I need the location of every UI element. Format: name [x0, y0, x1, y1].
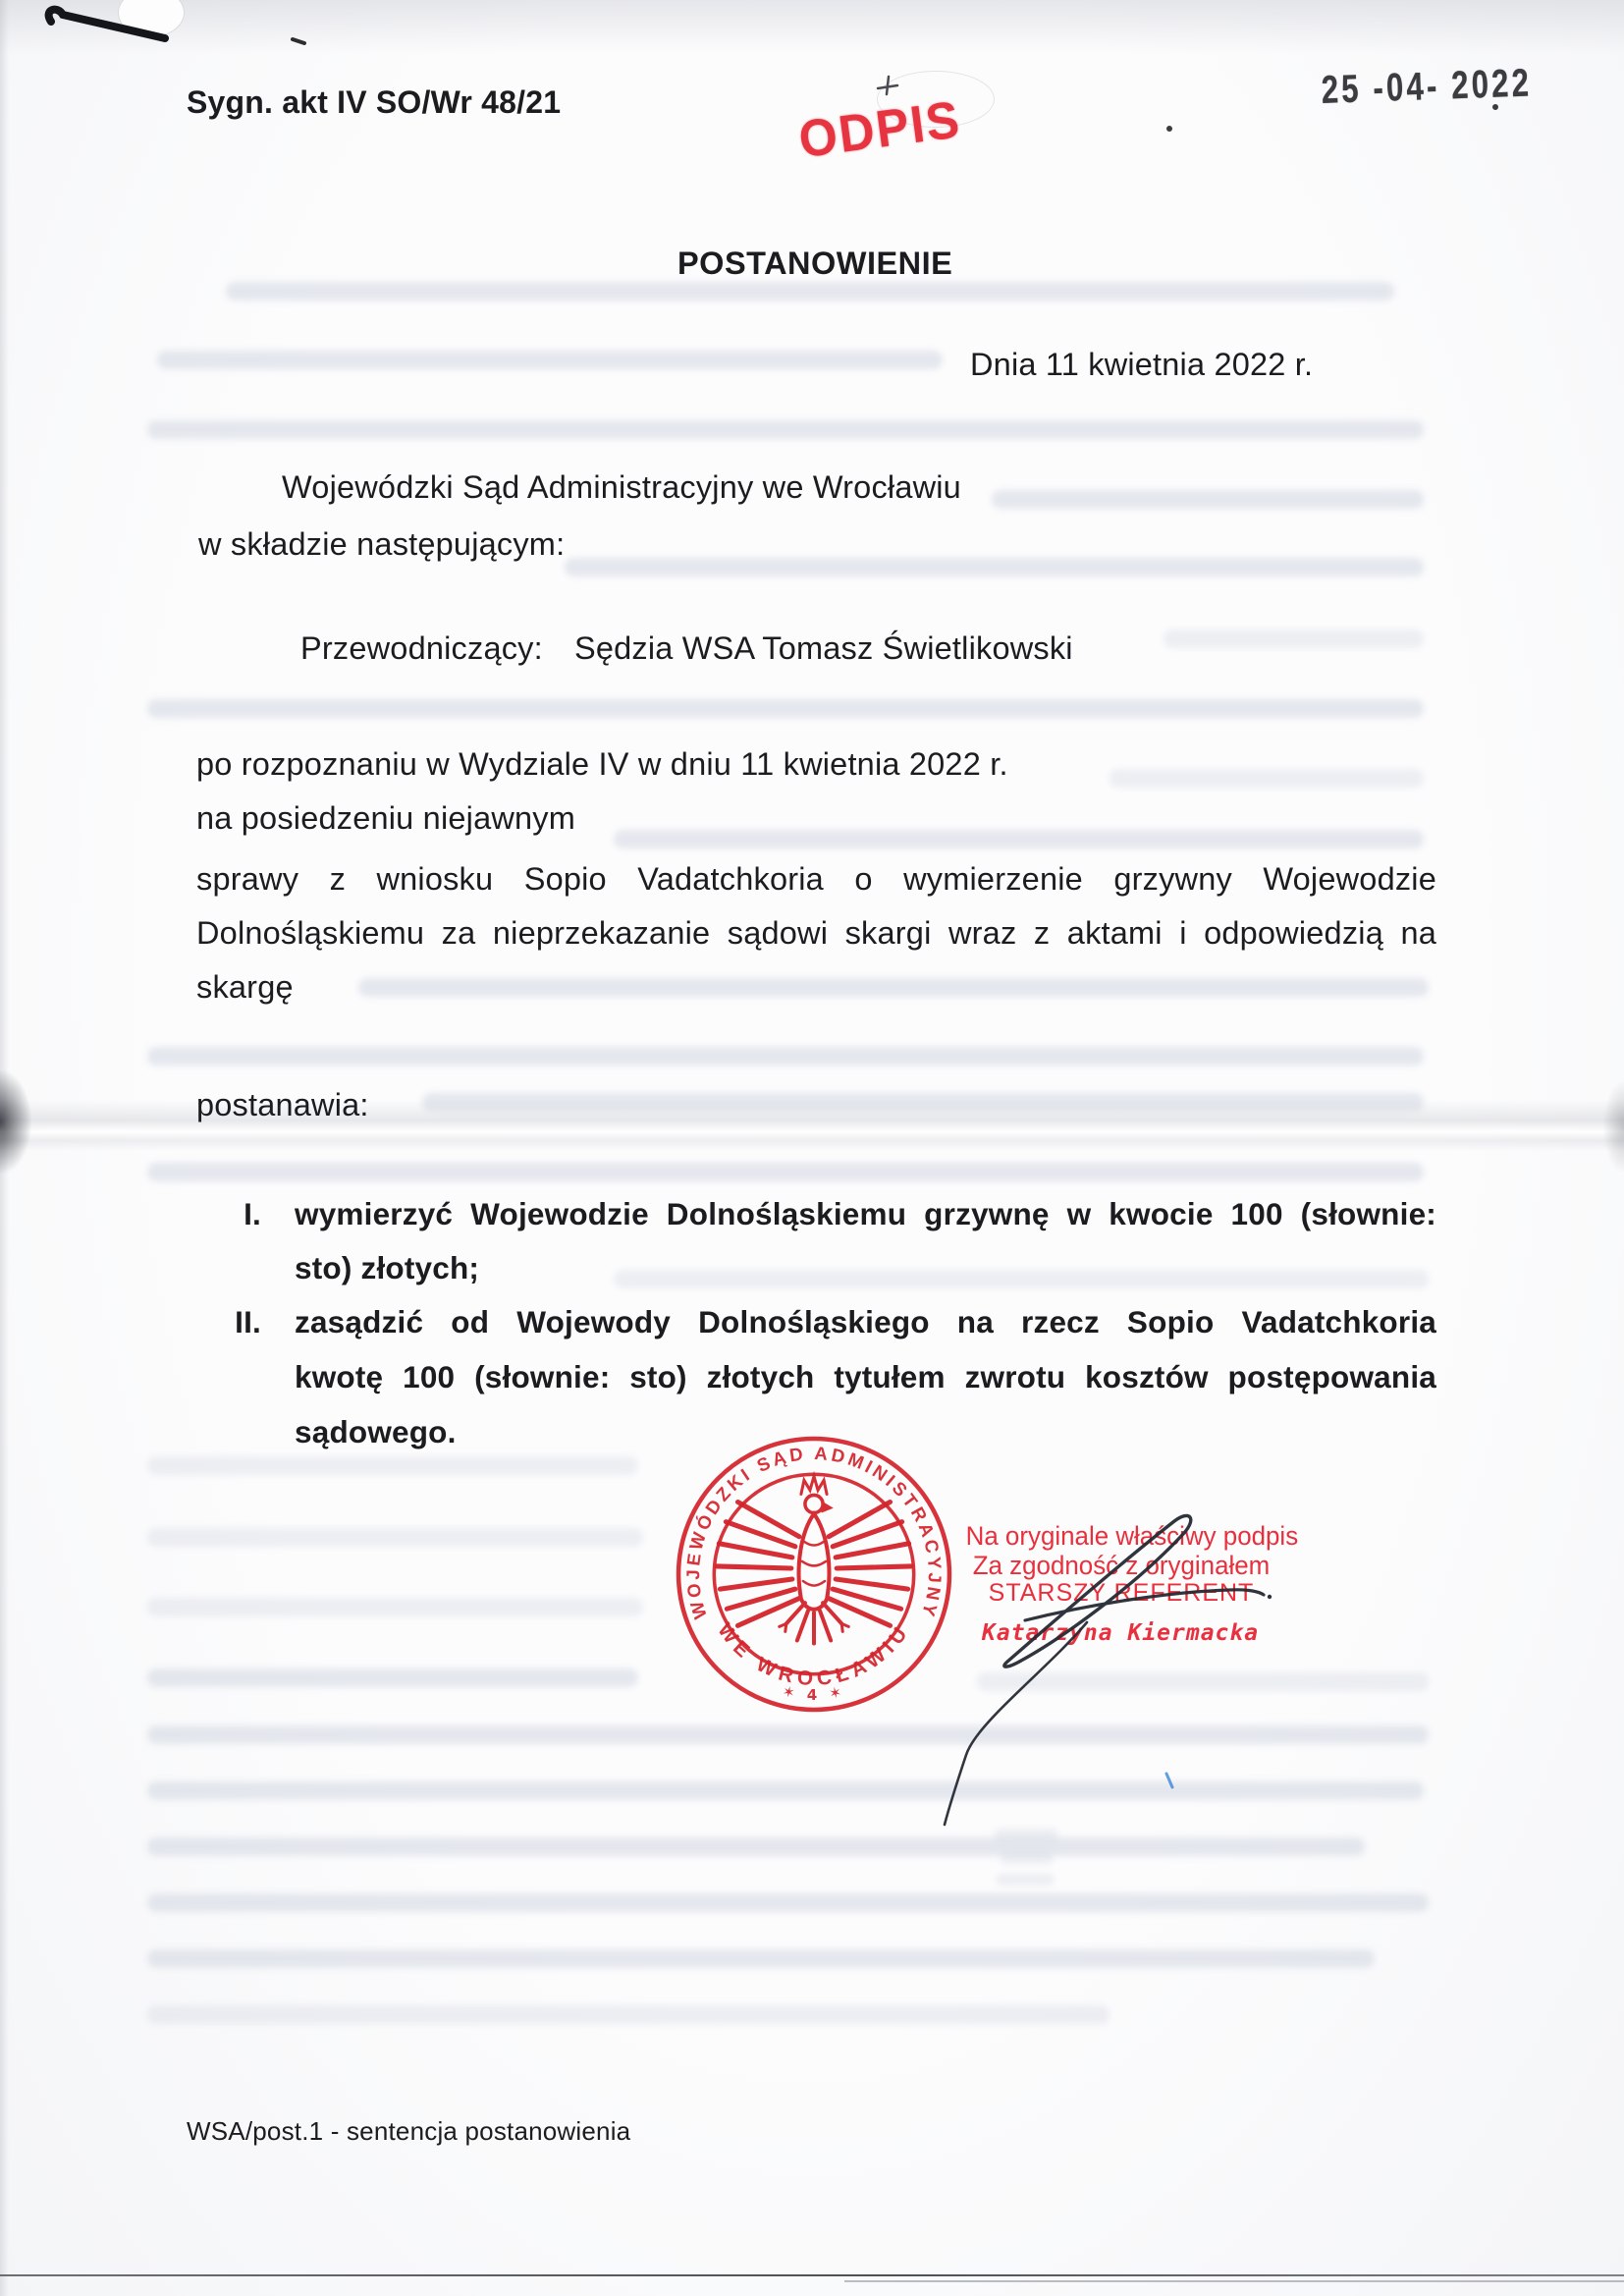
- ruling-numeral: II.: [177, 1304, 261, 1339]
- fold-left-dark-wedge: [0, 1070, 31, 1174]
- fold-right-wedge: [1602, 1080, 1624, 1174]
- bleed-through-line: [147, 1528, 643, 1547]
- bleed-through-line: [226, 282, 1394, 301]
- court-round-seal: WOJEWÓDZKI SĄD ADMINISTRACYJNY WE WROCŁA…: [673, 1433, 955, 1716]
- scan-bottom-edge-line: [0, 2274, 1624, 2276]
- bleed-through-line: [992, 490, 1424, 509]
- bleed-through-line: [147, 1163, 1424, 1181]
- handwritten-signature: [923, 1463, 1286, 1866]
- bleed-through-line: [147, 1668, 638, 1687]
- ruling-text-line: wymierzyć Wojewodzie Dolnośląskiemu grzy…: [295, 1196, 1436, 1231]
- session-line: na posiedzeniu niejawnym: [196, 800, 575, 837]
- case-description-line: sprawy z wniosku Sopio Vadatchkoria o wy…: [196, 861, 1436, 898]
- blue-ink-speck: [1166, 1774, 1172, 1787]
- panel-intro-line: w składzie następującym:: [198, 526, 565, 563]
- bleed-through-line: [1110, 769, 1424, 788]
- bleed-through-line: [147, 1949, 1375, 1968]
- ruling-text-line: zasądzić od Wojewody Dolnośląskiego na r…: [295, 1304, 1436, 1339]
- bleed-through-line: [147, 420, 1424, 439]
- recognition-line: po rozpoznaniu w Wydziale IV w dniu 11 k…: [196, 746, 1008, 783]
- ruling-text-line: sądowego.: [295, 1414, 457, 1449]
- date-received-stamp: 25 -04- 2022: [1321, 62, 1533, 113]
- bleed-through-line: [565, 558, 1424, 576]
- bleed-through-line: [157, 351, 943, 369]
- case-description-line: Dolnośląskiemu za nieprzekazanie sądowi …: [196, 915, 1436, 952]
- bleed-through-line: [147, 1598, 643, 1616]
- ruling-numeral: I.: [177, 1196, 261, 1231]
- copy-stamp-odpis: ODPIS: [795, 88, 964, 170]
- bleed-through-line: [147, 1456, 638, 1475]
- court-name-line: Wojewódzki Sąd Administracyjny we Wrocła…: [282, 469, 961, 506]
- scan-bottom-edge-line: [844, 2280, 1624, 2282]
- bleed-through-line: [147, 1893, 1429, 1912]
- ruling-text-line: sto) złotych;: [295, 1250, 479, 1285]
- bleed-through-line: [422, 1093, 1424, 1112]
- ruling-text-line: kwotę 100 (słownie: sto) złotych tytułem…: [295, 1359, 1436, 1394]
- bleed-through-line: [358, 978, 1429, 997]
- bleed-through-line: [147, 2005, 1110, 2024]
- decision-date-line: Dnia 11 kwietnia 2022 r.: [970, 347, 1313, 383]
- bleed-through-smudge: [996, 1874, 1055, 1886]
- bleed-through-line: [614, 830, 1424, 848]
- footer-template-note: WSA/post.1 - sentencja postanowienia: [187, 2117, 630, 2147]
- decision-intro: postanawia:: [196, 1087, 369, 1123]
- bleed-through-line: [614, 1270, 1429, 1288]
- case-number: Sygn. akt IV SO/Wr 48/21: [187, 84, 561, 121]
- presiding-judge-name: Sędzia WSA Tomasz Świetlikowski: [574, 630, 1073, 666]
- bleed-through-line: [147, 699, 1424, 718]
- presiding-label: Przewodniczący:: [300, 630, 574, 667]
- document-title: POSTANOWIENIE: [677, 246, 952, 282]
- scan-left-edge-shading: [0, 0, 9, 2296]
- scanned-court-order-page: Sygn. akt IV SO/Wr 48/21 25 -04- 2022 OD…: [0, 0, 1624, 2296]
- presiding-judge-line: Przewodniczący:Sędzia WSA Tomasz Świetli…: [300, 630, 1073, 667]
- bleed-through-line: [147, 1047, 1424, 1066]
- case-description-line: skargę: [196, 969, 294, 1006]
- bleed-through-line: [1164, 629, 1424, 648]
